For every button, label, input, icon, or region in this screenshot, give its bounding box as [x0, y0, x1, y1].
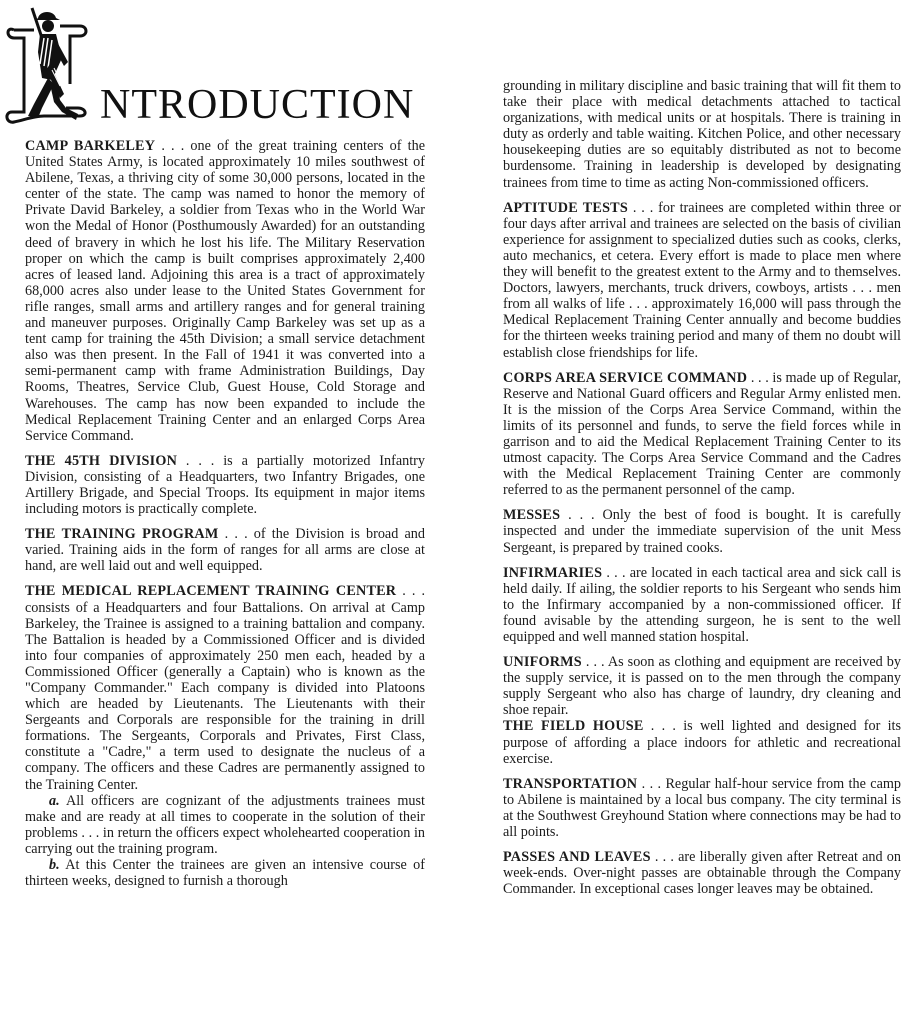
- document-page: NTRODUCTION CAMP BARKELEY . . . one of t…: [0, 0, 919, 1028]
- section-body: . . . Only the best of food is bought. I…: [503, 507, 901, 555]
- section-corps-area-service-command: CORPS AREA SERVICE COMMAND . . . is made…: [503, 370, 901, 499]
- section-heading: THE 45TH DIVISION: [25, 453, 177, 469]
- continuation-paragraph: grounding in military discipline and bas…: [503, 78, 901, 191]
- section-medical-replacement-training-center: THE MEDICAL REPLACEMENT TRAINING CENTER …: [25, 583, 425, 792]
- subitem-b: b. At this Center the trainees are given…: [25, 857, 425, 889]
- section-heading: TRANSPORTATION: [503, 776, 637, 792]
- section-heading: MESSES: [503, 507, 560, 523]
- subitem-a: a. All officers are cognizant of the adj…: [25, 793, 425, 857]
- section-aptitude-tests: APTITUDE TESTS . . . for trainees are co…: [503, 200, 901, 361]
- section-45th-division: THE 45TH DIVISION . . . is a partially m…: [25, 453, 425, 517]
- section-body: . . . consists of a Headquarters and fou…: [25, 583, 425, 792]
- section-heading: THE MEDICAL REPLACEMENT TRAINING CENTER: [25, 583, 396, 599]
- subitem-body: All officers are cognizant of the adjust…: [25, 793, 425, 857]
- section-transportation: TRANSPORTATION . . . Regular half-hour s…: [503, 776, 901, 840]
- section-heading: THE FIELD HOUSE: [503, 718, 644, 734]
- section-body: . . . is made up of Regular, Reserve and…: [503, 370, 901, 499]
- section-heading: CAMP BARKELEY: [25, 138, 155, 154]
- page-title: NTRODUCTION: [100, 84, 414, 126]
- section-heading: PASSES AND LEAVES: [503, 849, 651, 865]
- section-messes: MESSES . . . Only the best of food is bo…: [503, 507, 901, 555]
- page-title-text: NTRODUCTION: [100, 82, 414, 128]
- section-camp-barkeley: CAMP BARKELEY . . . one of the great tra…: [25, 138, 425, 444]
- section-uniforms: UNIFORMS . . . As soon as clothing and e…: [503, 654, 901, 718]
- section-field-house: THE FIELD HOUSE . . . is well lighted an…: [503, 718, 901, 766]
- section-heading: CORPS AREA SERVICE COMMAND: [503, 370, 747, 386]
- right-column: grounding in military discipline and bas…: [503, 78, 901, 906]
- continuation-body: grounding in military discipline and bas…: [503, 78, 901, 191]
- subitem-body: At this Center the trainees are given an…: [25, 857, 425, 889]
- section-passes-and-leaves: PASSES AND LEAVES . . . are liberally gi…: [503, 849, 901, 897]
- section-heading: THE TRAINING PROGRAM: [25, 526, 218, 542]
- section-body: . . . for trainees are completed within …: [503, 200, 901, 361]
- left-column: CAMP BARKELEY . . . one of the great tra…: [25, 138, 425, 889]
- subitem-marker: b.: [49, 857, 60, 873]
- section-infirmaries: INFIRMARIES . . . are located in each ta…: [503, 565, 901, 645]
- subitem-marker: a.: [49, 793, 60, 809]
- page-header: NTRODUCTION: [0, 0, 460, 132]
- section-heading: INFIRMARIES: [503, 565, 602, 581]
- section-heading: UNIFORMS: [503, 654, 582, 670]
- section-heading: APTITUDE TESTS: [503, 200, 628, 216]
- soldier-drop-cap-icon: [4, 4, 90, 126]
- section-body: . . . one of the great training centers …: [25, 138, 425, 444]
- section-training-program: THE TRAINING PROGRAM . . . of the Divisi…: [25, 526, 425, 574]
